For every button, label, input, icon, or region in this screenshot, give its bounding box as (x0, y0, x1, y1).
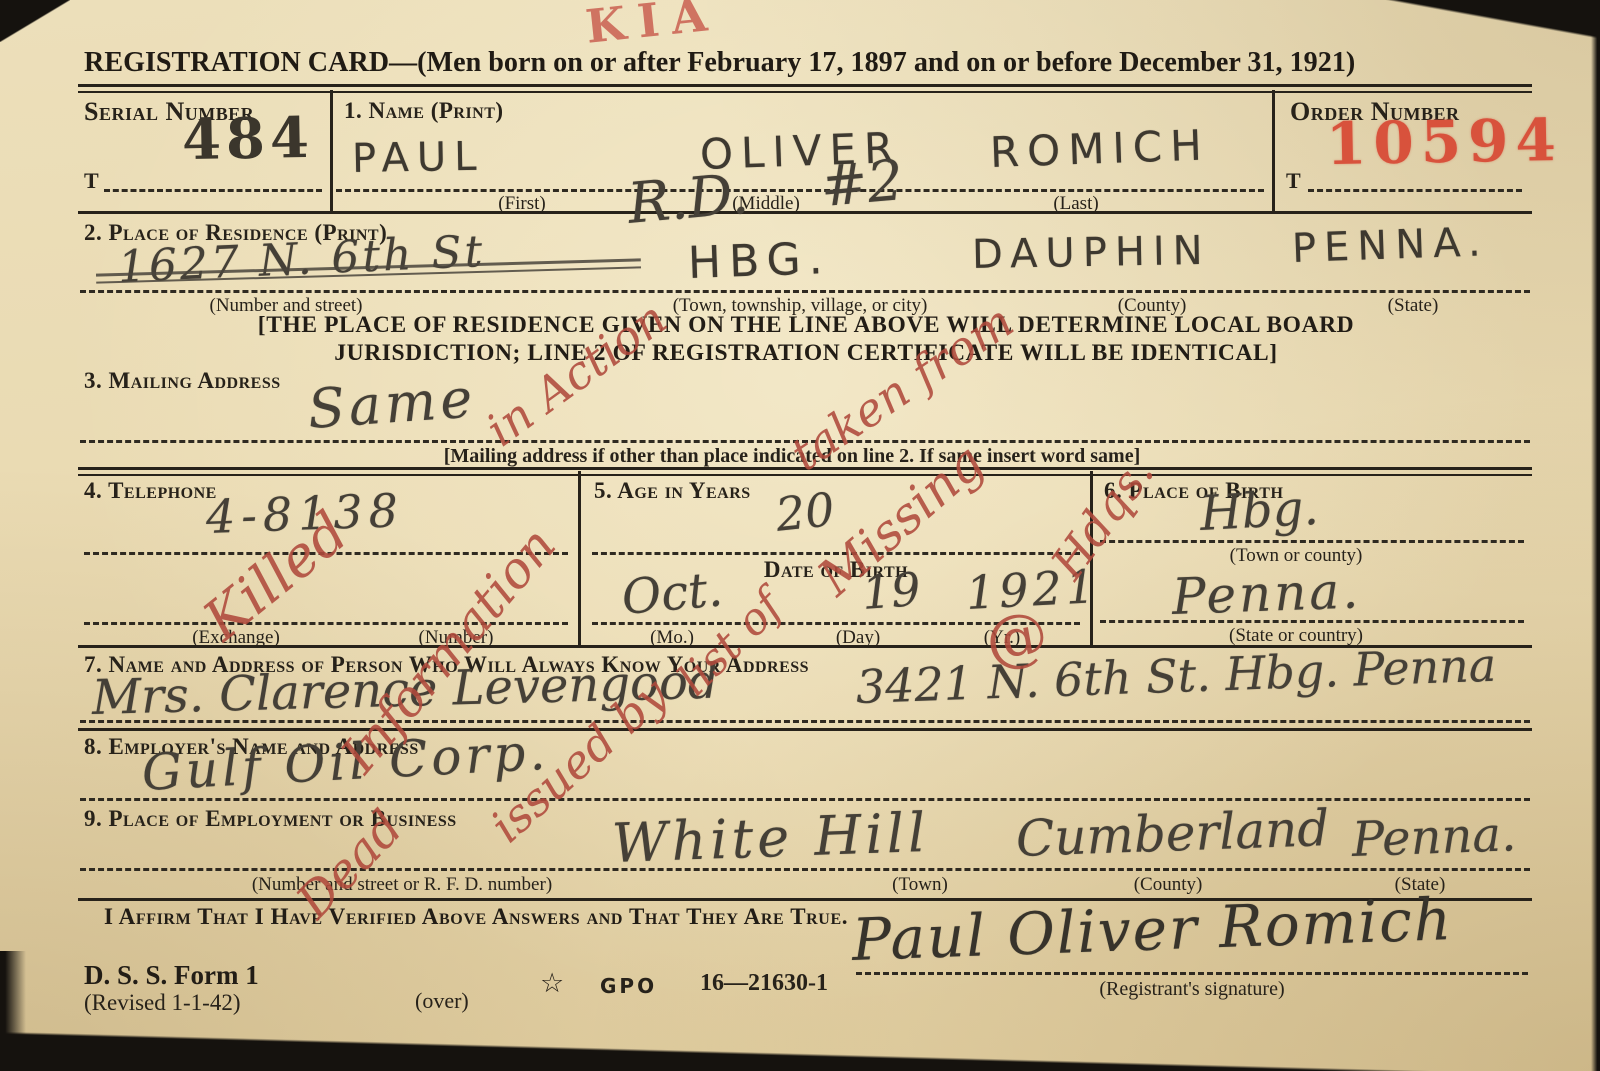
gpo-number: 16—21630-1 (700, 970, 828, 997)
cell-divider (1272, 90, 1275, 213)
name-label: 1. Name (Print) (344, 98, 504, 124)
birthplace-state-value: Penna. (1171, 561, 1362, 626)
jurisdiction-note-line2: JURISDICTION; LINE 2 OF REGISTRATION CER… (334, 340, 1277, 367)
signature-sublabel: (Registrant's signature) (1099, 978, 1284, 1001)
photo-edge (0, 1027, 1600, 1071)
order-number-value: 10594 (1325, 106, 1563, 178)
photo-corner (1380, 0, 1600, 40)
name-first-value: PAUL (352, 134, 485, 182)
affirmation-text: I Affirm That I Have Verified Above Answ… (104, 904, 848, 930)
photo-edge (1591, 0, 1600, 1071)
form-revision: (Revised 1-1-42) (84, 990, 241, 1016)
serial-t-label: T (84, 168, 99, 194)
residence-town-value: HBG. (687, 233, 831, 289)
birthplace-line2 (1100, 620, 1524, 623)
contact-address-value: 3421 N. 6th St. Hbg. Penna (855, 638, 1497, 714)
name-last-value: ROMICH (989, 120, 1210, 177)
cell-divider (330, 90, 333, 213)
row-rule (78, 728, 1532, 731)
birthplace-line (1100, 540, 1524, 543)
mailing-address-label: 3. Mailing Address (84, 368, 281, 394)
employment-town-sublabel: (Town) (892, 874, 948, 896)
contact-line (80, 720, 1530, 723)
residence-state-sublabel: (State) (1388, 295, 1439, 317)
registration-card: REGISTRATION CARD—(Men born on or after … (0, 0, 1600, 1071)
name-first-sublabel: (First) (498, 193, 546, 215)
employment-county-value: Cumberland (1015, 799, 1330, 868)
birthplace-town-value: Hbg. (1199, 480, 1320, 542)
cell-divider (578, 471, 581, 646)
residence-rd-value: R.D. #2 (625, 148, 906, 237)
photo-edge (0, 951, 26, 1071)
jurisdiction-note-line1: [THE PLACE OF RESIDENCE GIVEN ON THE LIN… (258, 312, 1354, 339)
dob-day-sublabel: (Day) (836, 627, 880, 649)
order-line (1308, 189, 1522, 192)
telephone-label: 4. Telephone (84, 478, 217, 504)
residence-state-value: PENNA. (1291, 219, 1489, 272)
red-annotation-at-sign: @ (980, 596, 1054, 679)
employment-town-value: White Hill (611, 801, 930, 875)
gpo-label: GPO (600, 974, 657, 998)
dob-month-value: Oct. (620, 561, 725, 626)
mailing-address-value: Same (306, 366, 478, 441)
residence-line (80, 290, 1530, 293)
photo-corner (0, 0, 70, 42)
signature-line (856, 972, 1528, 975)
serial-number-value: 484 (181, 105, 314, 173)
over-label: (over) (415, 988, 469, 1014)
dob-month-sublabel: (Mo.) (650, 627, 694, 649)
employment-state-value: Penna. (1351, 806, 1517, 868)
star-icon: ☆ (540, 968, 564, 999)
age-label: 5. Age in Years (594, 478, 751, 504)
card-title: REGISTRATION CARD—(Men born on or after … (84, 46, 1355, 79)
name-last-sublabel: (Last) (1053, 193, 1098, 215)
serial-line (104, 189, 322, 192)
title-rule (78, 84, 1532, 93)
employment-line (80, 868, 1530, 871)
residence-county-value: DAUPHIN (972, 228, 1211, 278)
form-number: D. S. S. Form 1 (84, 960, 259, 991)
order-t-label: T (1286, 168, 1301, 194)
age-value: 20 (773, 482, 837, 542)
scan-photo: REGISTRATION CARD—(Men born on or after … (0, 0, 1600, 1071)
employment-county-sublabel: (County) (1134, 874, 1203, 896)
